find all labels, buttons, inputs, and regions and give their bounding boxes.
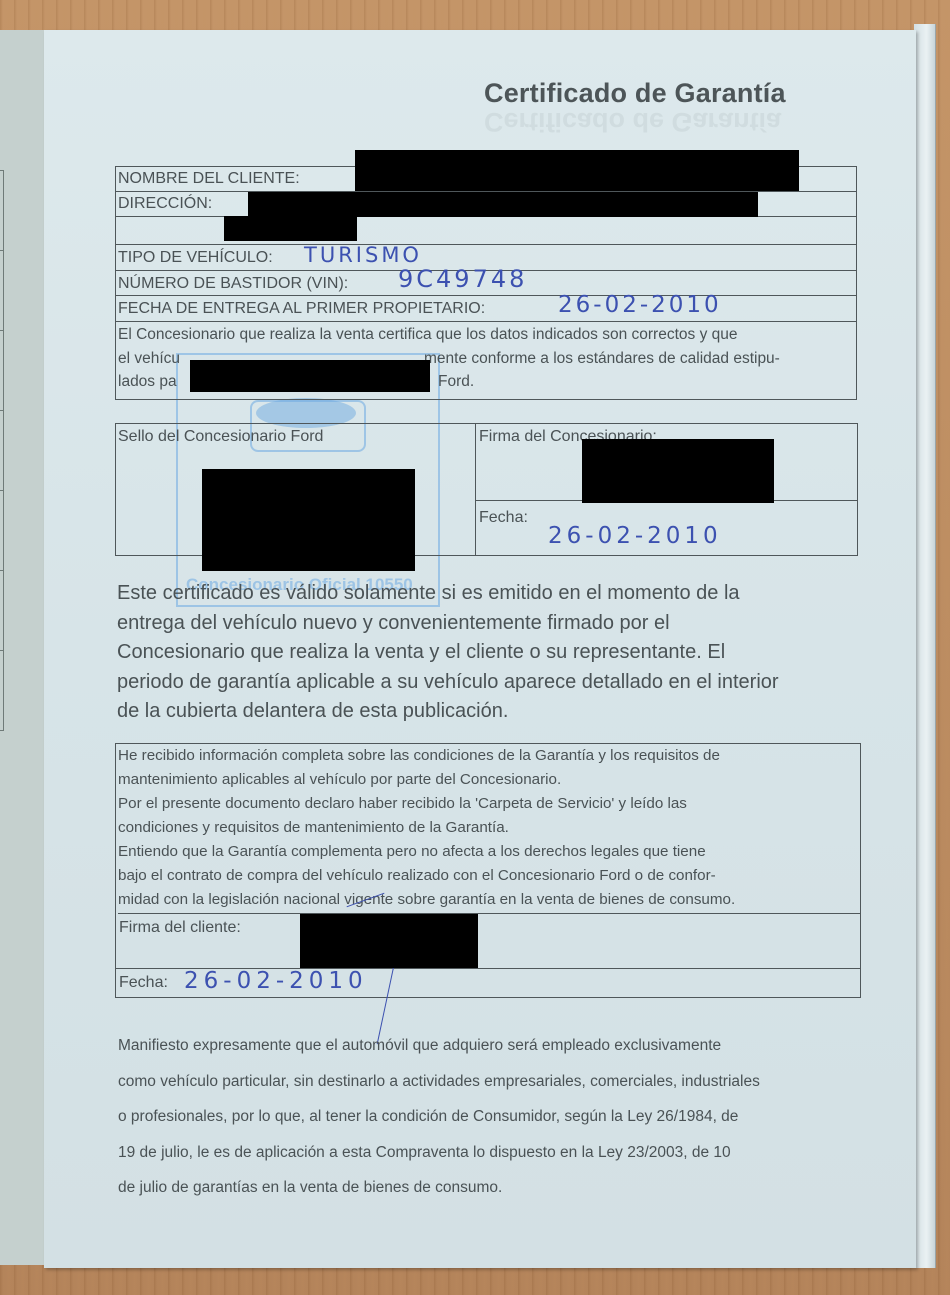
delivery-date-value: 26-02-2010 — [558, 292, 722, 318]
certification-line-2-end: mente conforme a los estándares de calid… — [424, 347, 780, 371]
redaction-address-2 — [224, 216, 357, 241]
title-bleed-through: Certificado de Garantía — [484, 106, 781, 137]
table-line — [0, 570, 4, 571]
previous-page-table — [0, 170, 4, 730]
consumer-line: de julio de garantías en la venta de bie… — [118, 1170, 870, 1206]
customer-date-cell[interactable]: Fecha: 26-02-2010 — [116, 969, 860, 997]
consumer-line: como vehículo particular, sin destinarlo… — [118, 1064, 870, 1100]
table-line — [0, 330, 4, 331]
validity-line: periodo de garantía aplicable a su vehíc… — [117, 668, 869, 698]
customer-signature-label: Firma del cliente: — [119, 919, 241, 937]
declaration-line: Entiendo que la Garantía complementa per… — [118, 840, 860, 864]
declaration-line: midad con la legislación nacional vigent… — [118, 888, 860, 912]
redaction-customer-name — [355, 150, 799, 191]
consumer-paragraph: Manifiesto expresamente que el automóvil… — [118, 1028, 870, 1206]
delivery-date-label: FECHA DE ENTREGA AL PRIMER PROPIETARIO: — [118, 296, 485, 322]
consumer-line: Manifiesto expresamente que el automóvil… — [118, 1028, 870, 1064]
vehicle-type-label: TIPO DE VEHÍCULO: — [118, 245, 273, 271]
table-line — [0, 650, 4, 651]
delivery-date-row: FECHA DE ENTREGA AL PRIMER PROPIETARIO: … — [116, 296, 856, 322]
customer-name-label: NOMBRE DEL CLIENTE: — [118, 167, 300, 191]
validity-line: entrega del vehículo nuevo y conveniente… — [117, 609, 869, 639]
consumer-line: 19 de julio, le es de aplicación a esta … — [118, 1135, 870, 1171]
certification-line-1: El Concesionario que realiza la venta ce… — [118, 323, 738, 347]
customer-declaration-box: He recibido información completa sobre l… — [115, 743, 861, 998]
table-line — [0, 490, 4, 491]
redaction-dealer-name — [190, 360, 430, 392]
validity-line: de la cubierta delantera de esta publica… — [117, 697, 869, 727]
table-line — [0, 410, 4, 411]
declaration-line: condiciones y requisitos de mantenimient… — [118, 816, 860, 840]
customer-date-label: Fecha: — [119, 974, 168, 992]
table-line — [0, 170, 4, 171]
address-label: DIRECCIÓN: — [118, 192, 212, 216]
table-line — [0, 250, 4, 251]
declaration-line: He recibido información completa sobre l… — [118, 744, 860, 768]
redaction-address — [248, 192, 758, 217]
redaction-stamp — [202, 469, 415, 571]
declaration-line: Por el presente documento declaro haber … — [118, 792, 860, 816]
validity-paragraph: Este certificado es válido solamente si … — [117, 579, 869, 727]
customer-signature-cell[interactable]: Firma del cliente: — [116, 914, 860, 969]
dealer-date-cell[interactable]: Fecha: 26-02-2010 — [476, 501, 857, 555]
certification-line-3-start: lados pa — [118, 373, 177, 390]
declaration-text: He recibido información completa sobre l… — [118, 744, 860, 914]
declaration-line: mantenimiento aplicables al vehículo por… — [118, 768, 860, 792]
customer-date-value: 26-02-2010 — [184, 968, 368, 994]
validity-line: Este certificado es válido solamente si … — [117, 579, 869, 609]
dealer-stamp-label: Sello del Concesionario Ford — [118, 428, 323, 446]
page-title: Certificado de Garantía — [484, 78, 786, 109]
consumer-line: o profesionales, por lo que, al tener la… — [118, 1099, 870, 1135]
redaction-customer-signature — [300, 914, 478, 968]
dealer-date-label: Fecha: — [479, 509, 528, 527]
vin-value: 9C49748 — [398, 267, 527, 292]
validity-line: Concesionario que realiza la venta y el … — [117, 638, 869, 668]
vin-row: NÚMERO DE BASTIDOR (VIN): 9C49748 — [116, 271, 856, 296]
previous-page — [0, 30, 48, 1265]
dealer-date-value: 26-02-2010 — [548, 523, 722, 549]
declaration-line: bajo el contrato de compra del vehículo … — [118, 864, 860, 888]
certification-line-2-start: el vehícu — [118, 350, 180, 367]
vin-label: NÚMERO DE BASTIDOR (VIN): — [118, 271, 348, 296]
page-stack-edge — [914, 24, 936, 1268]
redaction-dealer-signature — [582, 439, 774, 503]
certification-line-3-end: Ford. — [438, 370, 474, 394]
table-line — [0, 730, 4, 731]
